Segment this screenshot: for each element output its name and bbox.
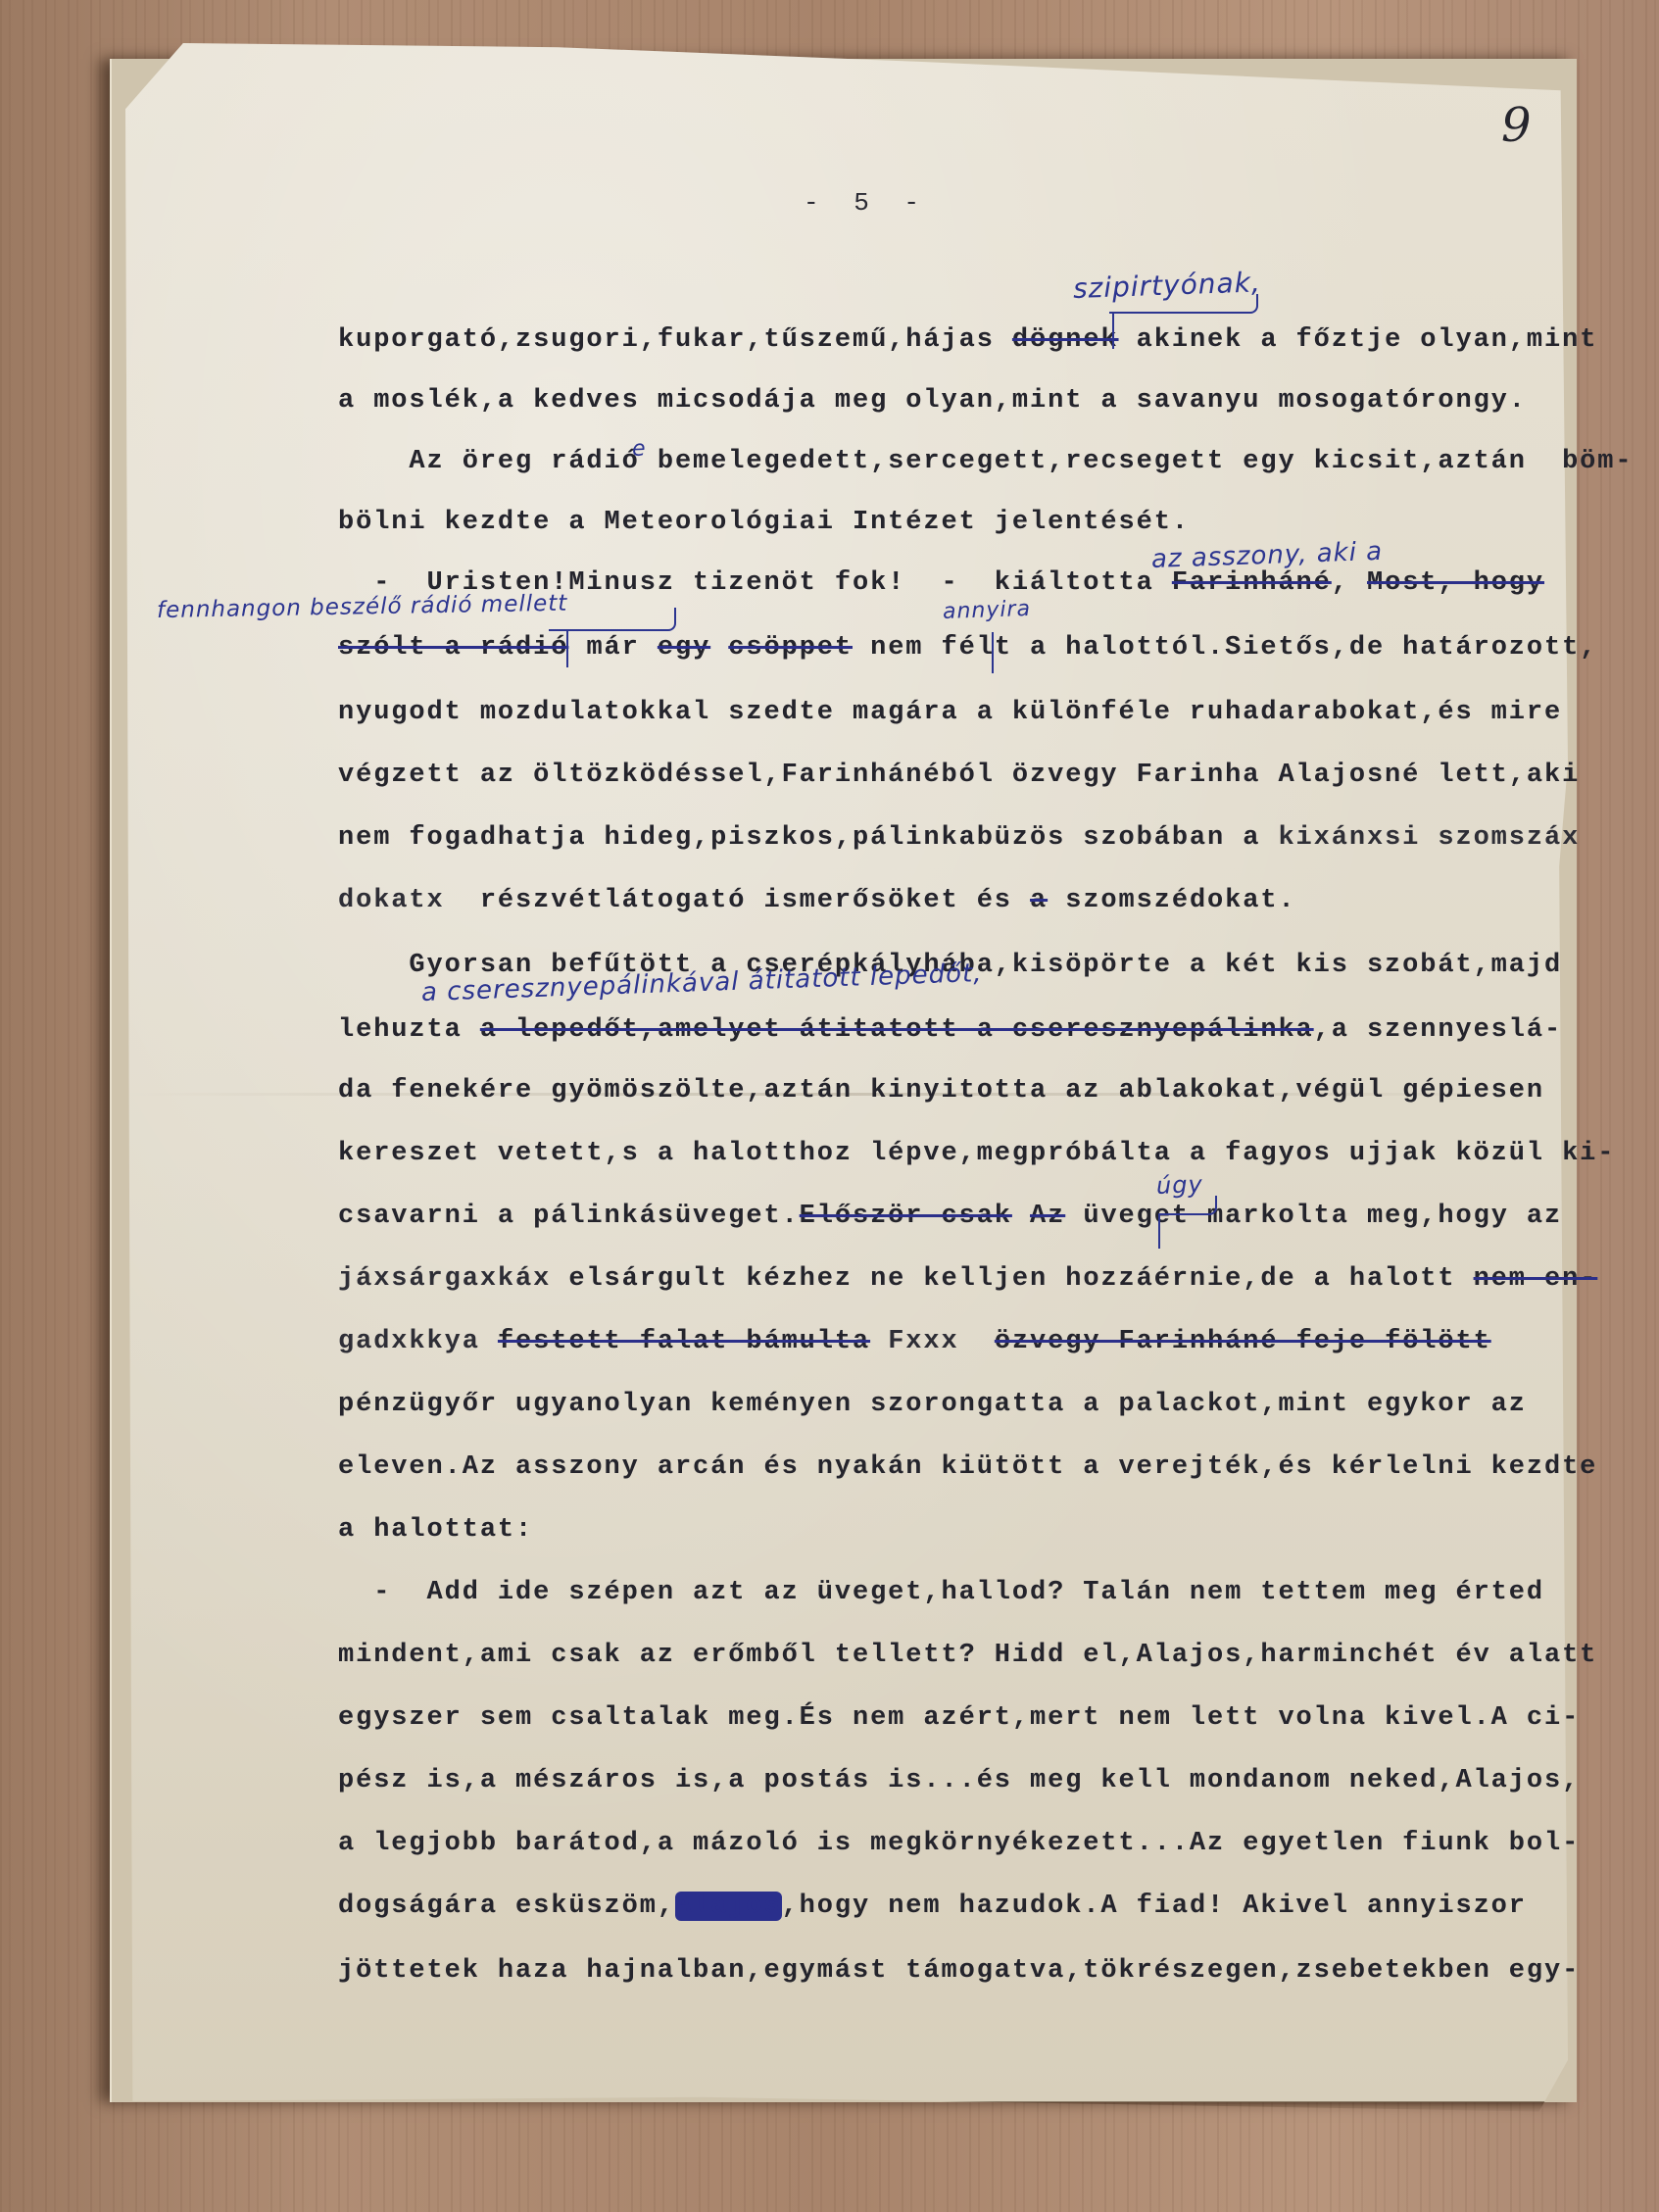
x-out-text: dokatx [338,886,445,915]
text-segment [870,1327,888,1356]
text-line: lehuzta a lepedőt,amelyet átitatott a cs… [338,1015,1562,1045]
struck-text: a lepedőt,amelyet átitatott a cseresznye… [480,1015,1314,1045]
text-segment: elsárgult kézhez ne kelljen hozzáérnie,d… [551,1264,1473,1294]
text-line: pész is,a mészáros is,a postás is...és m… [338,1766,1580,1795]
insertion-caret-line-6 [566,630,568,667]
text-line: kereszet vetett,s a halotthoz lépve,megp… [338,1139,1615,1168]
text-segment: bölni kezdte a Meteorológiai Intézet jel… [338,508,1190,537]
struck-text: Az [1030,1202,1065,1231]
struck-text: Most, hogy [1367,568,1544,598]
text-segment: jöttetek haza hajnalban,egymást támogatv… [338,1956,1580,1986]
text-segment: kereszet vetett,s a halotthoz lépve,megp… [338,1139,1615,1168]
text-line: jöttetek haza hajnalban,egymást támogatv… [338,1956,1580,1986]
text-line: dokatx részvétlátogató ismerősöket és a … [338,886,1296,915]
x-out-text: gadxkkya [338,1327,480,1356]
struck-text: nem en- [1474,1264,1598,1294]
text-segment: üveget markolta meg,hogy az [1065,1202,1562,1231]
text-line: végzett az öltözködéssel,Farinhánéból öz… [338,761,1580,790]
text-segment [959,1327,995,1356]
text-segment: a moslék,a kedves micsodája meg olyan,mi… [338,386,1527,416]
insertion-caret-line-15 [1158,1213,1160,1249]
text-segment: nem fogadhatja hideg,piszkos,pálinkabüzö… [338,823,1278,853]
text-line: szólt a rádió már egy csöppet nem félt a… [338,633,1597,663]
text-segment: pész is,a mészáros is,a postás is...és m… [338,1766,1580,1795]
struck-text: a [1030,886,1048,915]
insertion-mark-line-6 [549,608,676,631]
text-line: egyszer sem csaltalak meg.És nem azért,m… [338,1703,1580,1733]
ink-blot: Alajos [675,1892,782,1921]
text-segment: csavarni a pálinkásüveget. [338,1202,800,1231]
x-out-text: kixánxsi szomszáx [1278,823,1580,853]
text-segment: végzett az öltözködéssel,Farinhánéból öz… [338,761,1580,790]
text-segment: részvétlátogató ismerősöket és [445,886,1030,915]
text-line: bölni kezdte a Meteorológiai Intézet jel… [338,508,1190,537]
text-segment [480,1327,498,1356]
text-line: csavarni a pálinkásüveget.Először csak A… [338,1202,1562,1231]
text-line: nyugodt mozdulatokkal szedte magára a kü… [338,698,1562,727]
text-segment: szomszédokat. [1048,886,1295,915]
text-segment [1012,1202,1030,1231]
text-line: Az öreg rádió bemelegedett,sercegett,rec… [338,447,1634,476]
text-line: da fenekére gyömöszölte,aztán kinyitotta… [338,1076,1544,1106]
text-segment [710,633,728,663]
struck-text: özvegy Farinháné feje fölött [995,1327,1491,1356]
text-segment: eleven.Az asszony arcán és nyakán kiütöt… [338,1452,1597,1482]
text-line: jáxsárgaxkáx elsárgult kézhez ne kelljen… [338,1264,1597,1294]
struck-text: Farinháné [1172,568,1332,598]
text-segment: dogságára esküszöm, [338,1892,675,1921]
text-segment: a legjobb barátod,a mázoló is megkörnyék… [338,1829,1580,1858]
insertion-caret-line-6b [992,632,994,673]
annotation-correction-e: e [632,436,647,461]
struck-text: festett falat bámulta [498,1327,870,1356]
text-segment: - Add ide szépen azt az üveget,hallod? T… [338,1578,1544,1607]
text-segment: ,hogy nem hazudok.A fiad! Akivel annyisz… [782,1892,1527,1921]
annotation-annyira: annyira [943,597,1032,624]
insertion-mark-line-15 [1158,1196,1217,1215]
text-line: a moslék,a kedves micsodája meg olyan,mi… [338,386,1527,416]
x-out-text: jáxsárgaxkáx [338,1264,551,1294]
text-segment: nyugodt mozdulatokkal szedte magára a kü… [338,698,1562,727]
text-segment: egyszer sem csaltalak meg.És nem azért,m… [338,1703,1580,1733]
text-line: kuporgató,zsugori,fukar,tűszemű,hájas dö… [338,325,1597,355]
text-line: a legjobb barátod,a mázoló is megkörnyék… [338,1829,1580,1858]
struck-text: dögnek [1012,325,1119,355]
text-segment: , [1332,568,1367,598]
text-segment: da fenekére gyömöszölte,aztán kinyitotta… [338,1076,1544,1106]
text-line: pénzügyőr ugyanolyan keményen szorongatt… [338,1390,1527,1419]
text-line: a halottat: [338,1515,533,1545]
handwritten-sheet-number: 9 [1501,98,1532,153]
text-segment: kuporgató,zsugori,fukar,tűszemű,hájas [338,325,1012,355]
text-line: eleven.Az asszony arcán és nyakán kiütöt… [338,1452,1597,1482]
struck-text: csöppet [728,633,853,663]
x-out-text: Fxxx [888,1327,958,1356]
text-line: mindent,ami csak az erőmből tellett? Hid… [338,1641,1597,1670]
text-segment: lehuzta [338,1015,480,1045]
struck-text: Először csak [800,1202,1012,1231]
text-segment: akinek a főztje olyan,mint [1119,325,1598,355]
text-segment: Az öreg rádió bemelegedett,sercegett,rec… [338,447,1634,476]
insertion-caret-line-1 [1112,312,1114,349]
text-segment: mindent,ami csak az erőmből tellett? Hid… [338,1641,1597,1670]
text-segment: már [568,633,658,663]
text-segment: nem félt a halottól.Sietős,de határozott… [853,633,1597,663]
text-segment: ,a szennyeslá- [1314,1015,1562,1045]
struck-text: egy [658,633,710,663]
text-line: - Add ide szépen azt az üveget,hallod? T… [338,1578,1544,1607]
text-segment: a halottat: [338,1515,533,1545]
insertion-mark-line-1 [1109,294,1258,314]
text-line: dogságára esküszöm,Alajos,hogy nem hazud… [338,1892,1527,1921]
struck-text: szólt a rádió [338,633,568,663]
page-number: - 5 - [804,188,929,218]
text-segment: pénzügyőr ugyanolyan keményen szorongatt… [338,1390,1527,1419]
text-line: gadxkkya festett falat bámulta Fxxx özve… [338,1327,1491,1356]
text-line: nem fogadhatja hideg,piszkos,pálinkabüzö… [338,823,1580,853]
